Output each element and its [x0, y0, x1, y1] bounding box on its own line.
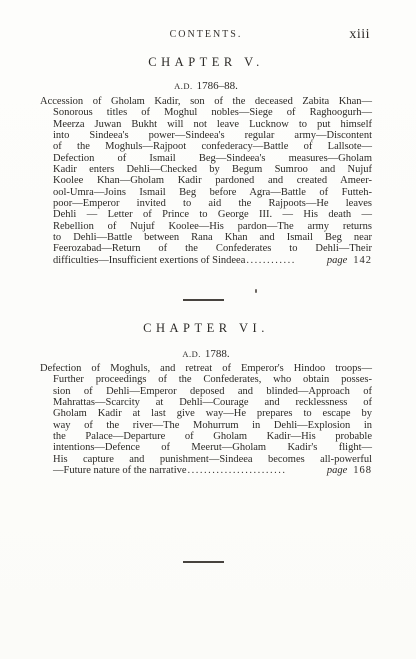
toc-line: ool-Umra—Joins Ismail Beg before Agra—Ba…: [40, 187, 372, 198]
page-ref-label: page: [327, 255, 347, 266]
chapter-vi-date-value: 1788.: [205, 348, 230, 360]
toc-line: intentions—Defence of Meerut—Gholam Kadi…: [40, 442, 372, 453]
toc-line: Defection of Moghuls, and retreat of Emp…: [40, 363, 372, 374]
chapter-vi-date: A.D. 1788.: [40, 344, 372, 362]
chapter-v-heading: CHAPTER V.: [40, 55, 372, 70]
folio-page-number: xiii: [349, 27, 370, 43]
page-ref-label: page: [327, 465, 347, 476]
toc-line: Kadir enters Dehli—Checked by Begum Sumr…: [40, 164, 372, 175]
toc-line: of the Moghuls—Rajpoot confederacy—Battl…: [40, 141, 372, 152]
toc-line: sion of Dehli—Emperor deposed and blinde…: [40, 386, 372, 397]
running-title: CONTENTS.: [40, 29, 372, 40]
page-ref-number: 142: [353, 255, 372, 266]
page-header: CONTENTS. xiii: [40, 27, 372, 43]
toc-line: into Sindeea's power—Sindeea's regular a…: [40, 130, 372, 141]
toc-line: Mahrattas—Scarcity at Dehli—Courage and …: [40, 397, 372, 408]
toc-line: Meerza Juwan Bukht will not leave Luckno…: [40, 119, 372, 130]
toc-line: Accession of Gholam Kadir, son of the de…: [40, 96, 372, 107]
chapter-v-page-reference: difficulties—Insufficient exertions of S…: [40, 255, 372, 266]
toc-line: Feerozabad—Return of the Confederates to…: [40, 243, 372, 254]
toc-line: Gholam Kadir at last give way—He prepare…: [40, 408, 372, 419]
toc-line: Rebellion of Nujuf Koolee—His pardon—The…: [40, 221, 372, 232]
chapter-vi-date-label: A.D.: [182, 349, 201, 359]
toc-line: to Dehli—Battle between Rana Khan and Is…: [40, 232, 372, 243]
chapter-v-date: A.D. 1786–88.: [40, 76, 372, 94]
toc-line: Defection of Ismail Beg—Sindeea's measur…: [40, 153, 372, 164]
toc-line: way of the river—The Mohurrum in Dehli—E…: [40, 420, 372, 431]
toc-line: Sonorous titles of Moghul nobles—Siege o…: [40, 107, 372, 118]
chapter-v-summary: Accession of Gholam Kadir, son of the de…: [40, 96, 372, 266]
chapter-vi-summary: Defection of Moghuls, and retreat of Emp…: [40, 363, 372, 476]
chapter-vi-heading: CHAPTER VI.: [40, 321, 372, 336]
section-divider: [183, 561, 224, 563]
section-divider: [183, 299, 224, 301]
toc-line: —Future nature of the narrative: [53, 465, 187, 476]
toc-line: Koolee Khan—Gholam Kadir pardoned and cr…: [40, 175, 372, 186]
toc-line: difficulties—Insufficient exertions of S…: [53, 255, 245, 266]
toc-line: the Palace—Departure of Gholam Kadir—His…: [40, 431, 372, 442]
dot-leader: ............: [246, 255, 322, 266]
scanned-book-page: CONTENTS. xiii CHAPTER V. A.D. 1786–88. …: [0, 0, 416, 659]
toc-line: poor—Emperor invited to aid the Rajpoots…: [40, 198, 372, 209]
page-ref-number: 168: [353, 465, 372, 476]
dot-leader: ........................: [188, 465, 323, 476]
chapter-v-date-value: 1786–88.: [197, 80, 238, 92]
toc-line: His capture and punishment—Sindeea becom…: [40, 454, 372, 465]
toc-line: Dehli — Letter of Prince to George III. …: [40, 209, 372, 220]
scan-artifact: [255, 289, 257, 293]
toc-line: Further proceedings of the Confederates,…: [40, 374, 372, 385]
chapter-vi-page-reference: —Future nature of the narrative ........…: [40, 465, 372, 476]
chapter-v-date-label: A.D.: [174, 81, 193, 91]
